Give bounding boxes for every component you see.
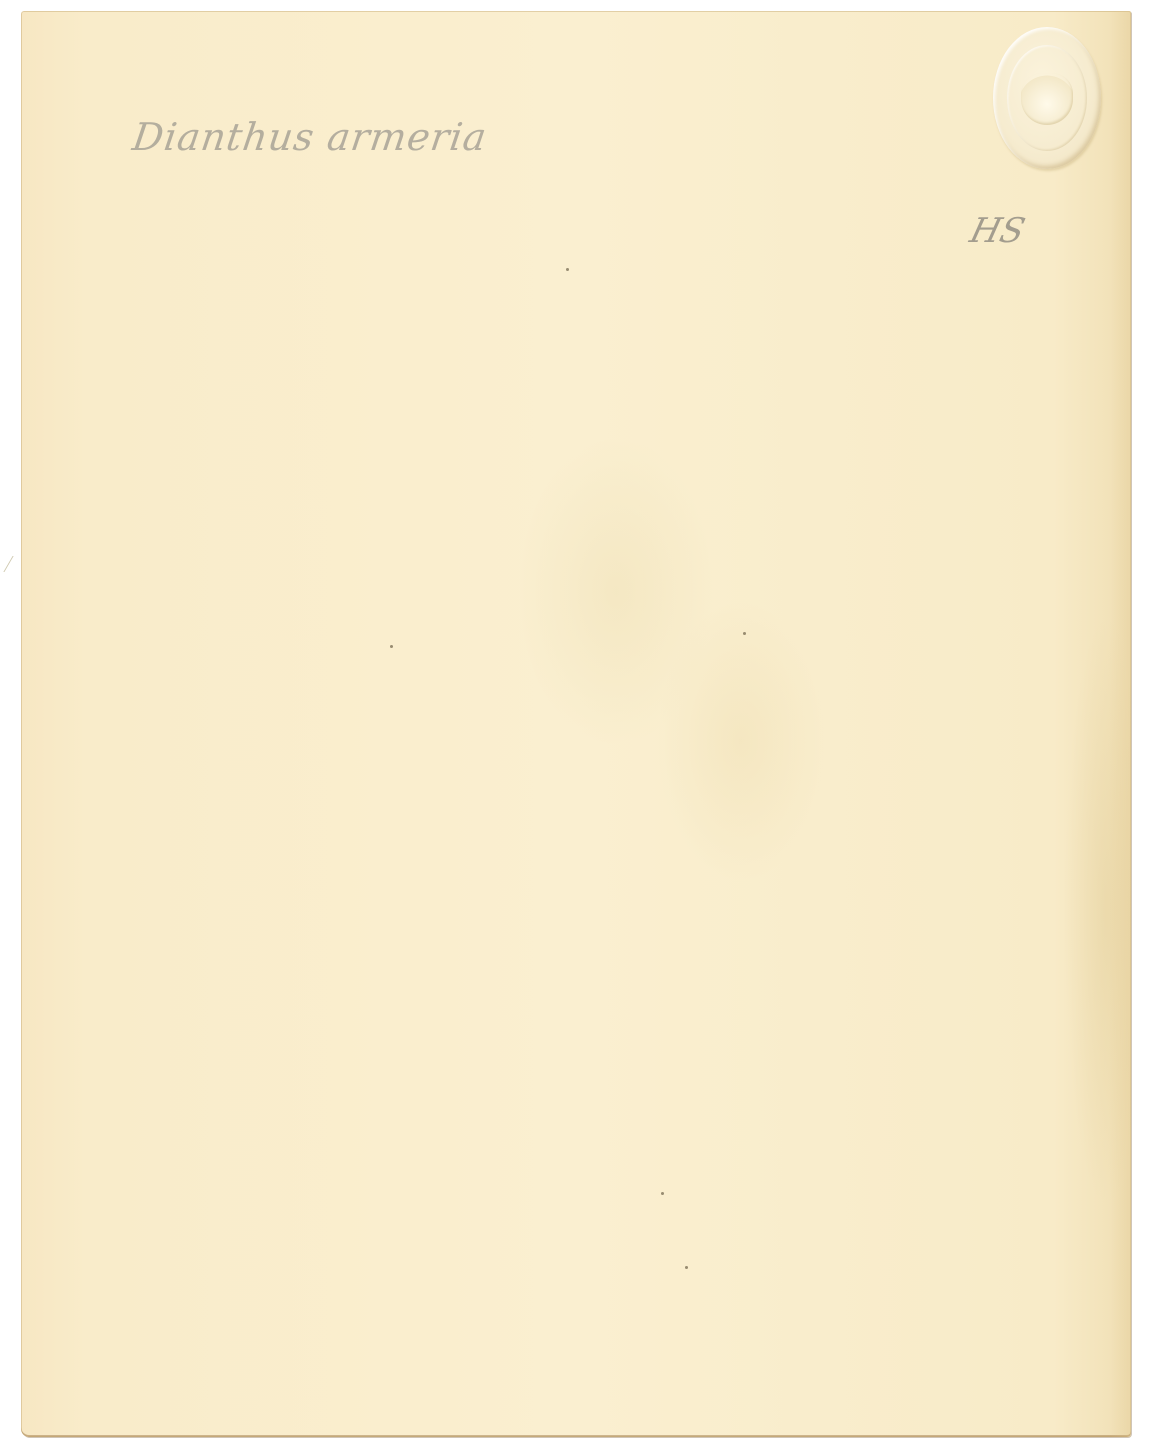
seal-crest-icon: [1021, 73, 1073, 125]
paper-speck: [390, 645, 393, 648]
collector-initials: HS: [966, 211, 1029, 251]
paper-speck: [566, 268, 569, 271]
paper-speck: [685, 1266, 688, 1269]
embossed-seal-icon: [993, 27, 1101, 169]
paper-speck: [661, 1192, 664, 1195]
sheet-right-edge: [1109, 11, 1131, 1437]
species-name-handwritten: Dianthus armeria: [130, 115, 490, 159]
paper-speck: [743, 632, 746, 635]
specimen-sheet: Dianthus armeria HS: [21, 11, 1131, 1437]
